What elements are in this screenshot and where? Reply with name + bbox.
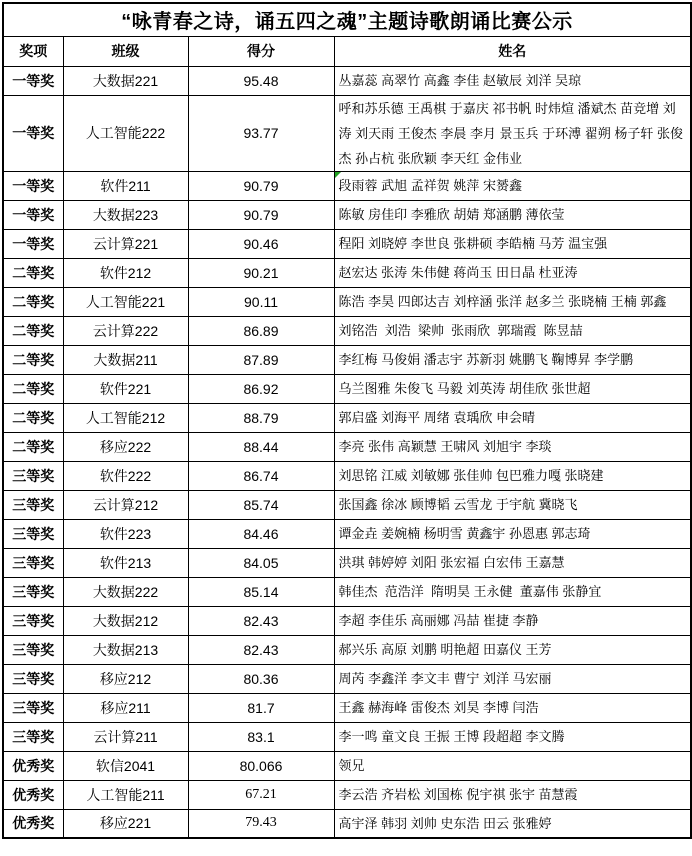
table-row: 优秀奖移应22179.43高宇泽 韩羽 刘帅 史东浩 田云 张雅婷 xyxy=(3,809,691,838)
award-cell: 三等奖 xyxy=(3,577,63,606)
class-cell: 人工智能212 xyxy=(63,403,188,432)
award-cell: 三等奖 xyxy=(3,461,63,490)
score-cell: 67.21 xyxy=(188,780,334,809)
class-cell: 人工智能222 xyxy=(63,95,188,171)
score-cell: 88.79 xyxy=(188,403,334,432)
award-cell: 一等奖 xyxy=(3,95,63,171)
class-cell: 云计算221 xyxy=(63,229,188,258)
table-row: 三等奖云计算21183.1李一鸣 童文良 王振 王博 段超超 李文腾 xyxy=(3,722,691,751)
names-cell: 赵宏达 张涛 朱伟健 蒋尚玉 田日晶 杜亚涛 xyxy=(334,258,691,287)
names-cell: 韩佳杰 范浩洋 隋明昊 王永健 董嘉伟 张静宜 xyxy=(334,577,691,606)
award-cell: 三等奖 xyxy=(3,635,63,664)
class-cell: 大数据222 xyxy=(63,577,188,606)
award-cell: 二等奖 xyxy=(3,316,63,345)
award-cell: 一等奖 xyxy=(3,229,63,258)
names-cell: 郭启盛 刘海平 周绪 袁瑀欣 申会晴 xyxy=(334,403,691,432)
score-cell: 85.74 xyxy=(188,490,334,519)
score-cell: 82.43 xyxy=(188,606,334,635)
class-cell: 软件211 xyxy=(63,171,188,200)
title-row: “咏青春之诗，诵五四之魂”主题诗歌朗诵比赛公示 xyxy=(3,3,691,36)
table-row: 三等奖移应21280.36周芮 李鑫洋 李文丰 曹宁 刘洋 马宏丽 xyxy=(3,664,691,693)
class-cell: 移应222 xyxy=(63,432,188,461)
score-cell: 87.89 xyxy=(188,345,334,374)
names-cell: 刘思铭 江威 刘敏娜 张佳帅 包巴雅力嘎 张晓建 xyxy=(334,461,691,490)
class-cell: 人工智能221 xyxy=(63,287,188,316)
award-cell: 三等奖 xyxy=(3,693,63,722)
table-row: 三等奖大数据21382.43郝兴乐 高原 刘鹏 明艳超 田嘉仪 王芳 xyxy=(3,635,691,664)
table-row: 一等奖大数据22195.48丛嘉蕊 高翠竹 高鑫 李佳 赵敏辰 刘洋 吴琼 xyxy=(3,66,691,95)
table-row: 二等奖移应22288.44李亮 张伟 高颖慧 王啸风 刘旭宇 李琰 xyxy=(3,432,691,461)
award-cell: 二等奖 xyxy=(3,432,63,461)
names-cell: 领兄 xyxy=(334,751,691,780)
score-cell: 86.74 xyxy=(188,461,334,490)
names-cell: 陈敏 房佳印 李雅欣 胡婧 郑涵鹏 薄依莹 xyxy=(334,200,691,229)
table-row: 二等奖云计算22286.89刘铭浩 刘浩 梁帅 张雨欣 郭瑞霞 陈昱喆 xyxy=(3,316,691,345)
table-row: 优秀奖软信204180.066领兄 xyxy=(3,751,691,780)
class-cell: 云计算222 xyxy=(63,316,188,345)
award-cell: 三等奖 xyxy=(3,519,63,548)
award-cell: 三等奖 xyxy=(3,548,63,577)
header-award: 奖项 xyxy=(3,36,63,66)
names-cell: 程阳 刘晓婷 李世良 张耕硕 李皓楠 马芳 温宝强 xyxy=(334,229,691,258)
score-cell: 90.46 xyxy=(188,229,334,258)
names-cell: 呼和苏乐德 王禹棋 于嘉庆 祁书帆 时炜煊 潘斌杰 苗竞增 刘涛 刘天雨 王俊杰… xyxy=(334,95,691,171)
names-cell: 郝兴乐 高原 刘鹏 明艳超 田嘉仪 王芳 xyxy=(334,635,691,664)
award-cell: 二等奖 xyxy=(3,258,63,287)
award-cell: 二等奖 xyxy=(3,403,63,432)
award-cell: 二等奖 xyxy=(3,374,63,403)
class-cell: 移应212 xyxy=(63,664,188,693)
table-row: 一等奖软件21190.79段雨蓉 武旭 孟祥贺 姚萍 宋赟鑫 xyxy=(3,171,691,200)
score-cell: 93.77 xyxy=(188,95,334,171)
class-cell: 云计算211 xyxy=(63,722,188,751)
class-cell: 大数据221 xyxy=(63,66,188,95)
score-cell: 85.14 xyxy=(188,577,334,606)
names-cell: 高宇泽 韩羽 刘帅 史东浩 田云 张雅婷 xyxy=(334,809,691,838)
class-cell: 云计算212 xyxy=(63,490,188,519)
score-cell: 95.48 xyxy=(188,66,334,95)
award-cell: 三等奖 xyxy=(3,606,63,635)
table-row: 一等奖人工智能22293.77呼和苏乐德 王禹棋 于嘉庆 祁书帆 时炜煊 潘斌杰… xyxy=(3,95,691,171)
award-cell: 二等奖 xyxy=(3,287,63,316)
class-cell: 人工智能211 xyxy=(63,780,188,809)
table-row: 二等奖人工智能21288.79郭启盛 刘海平 周绪 袁瑀欣 申会晴 xyxy=(3,403,691,432)
class-cell: 大数据211 xyxy=(63,345,188,374)
score-cell: 81.7 xyxy=(188,693,334,722)
names-cell: 李亮 张伟 高颖慧 王啸风 刘旭宇 李琰 xyxy=(334,432,691,461)
award-cell: 三等奖 xyxy=(3,490,63,519)
names-cell: 谭金垚 姜婉楠 杨明雪 黄鑫宇 孙恩惠 郭志琦 xyxy=(334,519,691,548)
table-row: 二等奖人工智能22190.11陈浩 李昊 四郎达吉 刘梓涵 张洋 赵多兰 张晓楠… xyxy=(3,287,691,316)
score-cell: 83.1 xyxy=(188,722,334,751)
header-class: 班级 xyxy=(63,36,188,66)
class-cell: 大数据213 xyxy=(63,635,188,664)
class-cell: 软件223 xyxy=(63,519,188,548)
cell-error-marker-icon xyxy=(335,172,341,178)
class-cell: 软件222 xyxy=(63,461,188,490)
award-cell: 优秀奖 xyxy=(3,780,63,809)
award-table: “咏青春之诗，诵五四之魂”主题诗歌朗诵比赛公示 奖项 班级 得分 姓名 一等奖大… xyxy=(2,2,692,839)
class-cell: 软件212 xyxy=(63,258,188,287)
class-cell: 移应221 xyxy=(63,809,188,838)
table-body: 一等奖大数据22195.48丛嘉蕊 高翠竹 高鑫 李佳 赵敏辰 刘洋 吴琼一等奖… xyxy=(3,66,691,838)
award-cell: 三等奖 xyxy=(3,722,63,751)
names-cell: 段雨蓉 武旭 孟祥贺 姚萍 宋赟鑫 xyxy=(334,171,691,200)
score-cell: 88.44 xyxy=(188,432,334,461)
table-row: 三等奖大数据21282.43李超 李佳乐 高丽娜 冯喆 崔捷 李静 xyxy=(3,606,691,635)
award-cell: 优秀奖 xyxy=(3,751,63,780)
table-row: 优秀奖人工智能21167.21李云浩 齐岩松 刘国栋 倪宇祺 张宇 苗慧霞 xyxy=(3,780,691,809)
award-cell: 一等奖 xyxy=(3,66,63,95)
score-cell: 79.43 xyxy=(188,809,334,838)
header-names: 姓名 xyxy=(334,36,691,66)
score-cell: 90.79 xyxy=(188,171,334,200)
table-row: 一等奖大数据22390.79陈敏 房佳印 李雅欣 胡婧 郑涵鹏 薄依莹 xyxy=(3,200,691,229)
award-cell: 优秀奖 xyxy=(3,809,63,838)
table-row: 三等奖云计算21285.74张国鑫 徐冰 顾博韬 云雪龙 于宇航 冀晓飞 xyxy=(3,490,691,519)
names-cell: 李红梅 马俊娟 潘志宇 苏新羽 姚鹏飞 鞠博昇 李学鹏 xyxy=(334,345,691,374)
page-title: “咏青春之诗，诵五四之魂”主题诗歌朗诵比赛公示 xyxy=(3,3,691,36)
table-row: 三等奖移应21181.7王鑫 赫海峰 雷俊杰 刘昊 李博 闫浩 xyxy=(3,693,691,722)
names-cell: 刘铭浩 刘浩 梁帅 张雨欣 郭瑞霞 陈昱喆 xyxy=(334,316,691,345)
table-row: 三等奖软件21384.05洪琪 韩婷婷 刘阳 张宏福 白宏伟 王嘉慧 xyxy=(3,548,691,577)
score-cell: 90.21 xyxy=(188,258,334,287)
names-cell: 张国鑫 徐冰 顾博韬 云雪龙 于宇航 冀晓飞 xyxy=(334,490,691,519)
score-cell: 84.46 xyxy=(188,519,334,548)
names-cell: 洪琪 韩婷婷 刘阳 张宏福 白宏伟 王嘉慧 xyxy=(334,548,691,577)
table-header-row: 奖项 班级 得分 姓名 xyxy=(3,36,691,66)
names-cell: 李超 李佳乐 高丽娜 冯喆 崔捷 李静 xyxy=(334,606,691,635)
table-row: 一等奖云计算22190.46程阳 刘晓婷 李世良 张耕硕 李皓楠 马芳 温宝强 xyxy=(3,229,691,258)
score-cell: 80.36 xyxy=(188,664,334,693)
names-cell: 陈浩 李昊 四郎达吉 刘梓涵 张洋 赵多兰 张晓楠 王楠 郭鑫 xyxy=(334,287,691,316)
score-cell: 90.11 xyxy=(188,287,334,316)
table-row: 三等奖软件22384.46谭金垚 姜婉楠 杨明雪 黄鑫宇 孙恩惠 郭志琦 xyxy=(3,519,691,548)
class-cell: 移应211 xyxy=(63,693,188,722)
award-cell: 一等奖 xyxy=(3,171,63,200)
award-cell: 一等奖 xyxy=(3,200,63,229)
score-cell: 84.05 xyxy=(188,548,334,577)
award-cell: 二等奖 xyxy=(3,345,63,374)
score-cell: 90.79 xyxy=(188,200,334,229)
table-row: 二等奖软件22186.92乌兰图雅 朱俊飞 马毅 刘英涛 胡佳欣 张世超 xyxy=(3,374,691,403)
class-cell: 大数据212 xyxy=(63,606,188,635)
names-cell: 王鑫 赫海峰 雷俊杰 刘昊 李博 闫浩 xyxy=(334,693,691,722)
table-row: 二等奖大数据21187.89李红梅 马俊娟 潘志宇 苏新羽 姚鹏飞 鞠博昇 李学… xyxy=(3,345,691,374)
names-cell: 李云浩 齐岩松 刘国栋 倪宇祺 张宇 苗慧霞 xyxy=(334,780,691,809)
award-cell: 三等奖 xyxy=(3,664,63,693)
names-cell: 丛嘉蕊 高翠竹 高鑫 李佳 赵敏辰 刘洋 吴琼 xyxy=(334,66,691,95)
score-cell: 86.89 xyxy=(188,316,334,345)
names-cell: 李一鸣 童文良 王振 王博 段超超 李文腾 xyxy=(334,722,691,751)
names-cell: 乌兰图雅 朱俊飞 马毅 刘英涛 胡佳欣 张世超 xyxy=(334,374,691,403)
score-cell: 82.43 xyxy=(188,635,334,664)
score-cell: 80.066 xyxy=(188,751,334,780)
table-row: 二等奖软件21290.21赵宏达 张涛 朱伟健 蒋尚玉 田日晶 杜亚涛 xyxy=(3,258,691,287)
names-cell: 周芮 李鑫洋 李文丰 曹宁 刘洋 马宏丽 xyxy=(334,664,691,693)
header-score: 得分 xyxy=(188,36,334,66)
class-cell: 软信2041 xyxy=(63,751,188,780)
score-cell: 86.92 xyxy=(188,374,334,403)
table-row: 三等奖软件22286.74刘思铭 江威 刘敏娜 张佳帅 包巴雅力嘎 张晓建 xyxy=(3,461,691,490)
class-cell: 软件221 xyxy=(63,374,188,403)
class-cell: 软件213 xyxy=(63,548,188,577)
class-cell: 大数据223 xyxy=(63,200,188,229)
table-row: 三等奖大数据22285.14韩佳杰 范浩洋 隋明昊 王永健 董嘉伟 张静宜 xyxy=(3,577,691,606)
